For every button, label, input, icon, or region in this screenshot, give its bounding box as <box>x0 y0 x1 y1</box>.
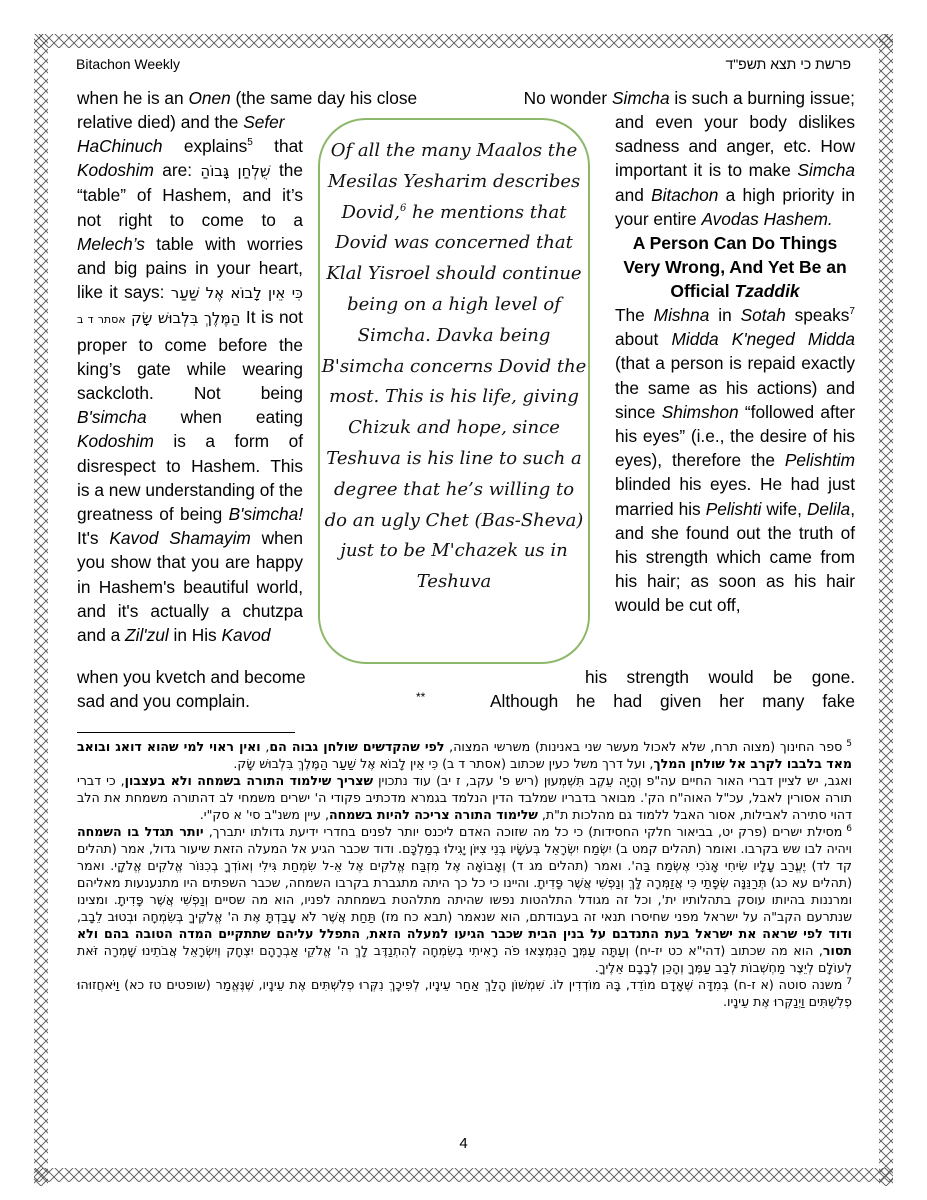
term-onen: Onen <box>188 88 230 108</box>
footnote-separator <box>77 732 295 733</box>
text: (the same day his close <box>231 88 417 108</box>
text: in His <box>169 625 222 645</box>
page-number: 4 <box>0 1135 927 1152</box>
decorative-border-left <box>34 34 48 1186</box>
text: that <box>253 136 303 156</box>
footnote-cont: ואגב, יש לציין דברי האור החיים עה"פ וְהָ… <box>77 772 852 823</box>
text: when he is an <box>77 88 188 108</box>
left-column-closing: when you kvetch and become sad and you c… <box>77 665 387 713</box>
term-melech: Melech’s <box>77 234 145 254</box>
footnote-ref-7[interactable]: 7 <box>849 306 855 317</box>
text: sad and you complain. <box>77 689 387 713</box>
footnote-number: 6 <box>846 824 852 834</box>
footnote-bold-text: שלימוד התורה צריכה להיות בשמחה <box>329 807 538 822</box>
text: explains <box>163 136 248 156</box>
term-mishna: Mishna <box>654 305 710 325</box>
page-header: Bitachon Weekly פרשת כי תצא תשפ"ד <box>76 56 851 78</box>
text: he mentions that Dovid was concerned tha… <box>322 202 587 593</box>
pull-quote-box: Of all the many Maalos the Mesilas Yesha… <box>318 118 590 664</box>
term-simcha: Simcha <box>797 160 855 180</box>
decorative-border-top <box>34 34 893 48</box>
text: Although he had given her many fake <box>490 689 855 713</box>
footnote-7: 7משנה סוטה (א ז-ח) בְּמִדָּה שֶׁאָדָם מו… <box>77 976 852 1010</box>
term-sotah: Sotah <box>741 305 786 325</box>
footnote-text: מסילת ישרים (פרק יט, בביאור חלקי החסידות… <box>204 824 843 839</box>
footnote-text: , הוא מה שכתוב (דהי"א כט יז-יח) וְעַתָּה… <box>77 943 852 975</box>
term-bsimcha: B'simcha <box>77 407 147 427</box>
footnote-text: , עיין משנ"ב סי' א סק"י. <box>200 807 329 822</box>
footnote-number: 5 <box>846 739 852 749</box>
term-kodoshim: Kodoshim <box>77 431 154 451</box>
text: speaks <box>786 305 850 325</box>
footnote-text: , ועל דרך משל כעין שכתוב (אסתר ד ב) כִּי… <box>233 756 653 771</box>
footnote-bold-text: יותר תגדל בו השמחה <box>77 824 204 839</box>
term-simcha: Simcha <box>612 88 670 108</box>
text: in <box>709 305 740 325</box>
term-sefer: Sefer <box>243 112 284 132</box>
term-midda-kneged-midda: Midda K'neged Midda <box>672 329 856 349</box>
text: The <box>615 305 654 325</box>
text: relative died) and the <box>77 112 243 132</box>
text: No wonder <box>524 88 612 108</box>
left-column-body: HaChinuch explains5 that Kodoshim are: ש… <box>77 134 303 647</box>
footnote-text: ויהיה לבו שש בקרבו. ואומר (תהלים קמט ב) … <box>77 841 852 924</box>
right-column-intro: No wonder Simcha is such a burning issue… <box>470 86 855 110</box>
text: about <box>615 329 672 349</box>
term-kodoshim: Kodoshim <box>77 160 154 180</box>
right-column-body: and even your body dislikes sadness and … <box>615 110 855 618</box>
text: when you kvetch and become <box>77 665 387 689</box>
section-separator: ** <box>416 690 425 704</box>
text: is such a burning issue; <box>670 88 855 108</box>
footnote-number: 7 <box>846 977 852 987</box>
pull-quote-text: Of all the many Maalos the Mesilas Yesha… <box>320 136 588 598</box>
text: wife, <box>761 499 807 519</box>
decorative-border-bottom <box>34 1168 893 1182</box>
term-kavod: Kavod <box>222 625 271 645</box>
term-bsimcha: B'simcha! <box>229 504 303 524</box>
text: It's <box>77 528 109 548</box>
term-shimshon: Shimshon <box>662 402 739 422</box>
footnote-text: משנה סוטה (א ז-ח) בְּמִדָּה שֶׁאָדָם מוֹ… <box>77 977 852 1009</box>
term-avodas-hashem: Avodas Hashem. <box>701 209 832 229</box>
text: his strength would be gone. <box>585 665 855 689</box>
footnote-5: 5ספר החינוך (מצוה תרח, שלא לאכול מעשר שנ… <box>77 738 852 772</box>
term-zilzul: Zil'zul <box>125 625 169 645</box>
term-kavod-shamayim: Kavod Shamayim <box>109 528 250 548</box>
footnote-bold-text: שצריך שילמוד התורה בשמחה ולא בעצבון <box>125 773 373 788</box>
hebrew-quote: שֻׁלְחַן גָּבוֹהַ <box>200 162 270 180</box>
term-bitachon: Bitachon <box>651 185 718 205</box>
text: are: <box>154 160 201 180</box>
footnote-bold-text: ודוד לפי שראה את ישראל בעת התנדבם על בני… <box>370 926 852 941</box>
section-heading: A Person Can Do Things Very Wrong, And Y… <box>615 231 855 303</box>
heading-term-tzaddik: Tzaddik <box>735 281 800 301</box>
footnotes: 5ספר החינוך (מצוה תרח, שלא לאכול מעשר שנ… <box>77 738 852 1010</box>
footnote-bold-text: לפי שהקדשים שולחן גבוה הם <box>269 739 444 754</box>
decorative-border-right <box>879 34 893 1186</box>
text: and <box>615 185 651 205</box>
term-pelishti: Pelishti <box>706 499 762 519</box>
footnote-text: ספר החינוך (מצוה תרח, שלא לאכול מעשר שני… <box>444 739 842 754</box>
term-hachinuch: HaChinuch <box>77 136 163 156</box>
footnote-6: 6מסילת ישרים (פרק יט, בביאור חלקי החסידו… <box>77 823 852 976</box>
text: when eating <box>147 407 303 427</box>
footnote-text: ואגב, יש לציין דברי האור החיים עה"פ וְהָ… <box>373 773 852 788</box>
parsha-title: פרשת כי תצא תשפ"ד <box>725 56 851 72</box>
hebrew-source: אסתר ד ב <box>77 313 126 326</box>
right-column-closing: his strength would be gone. Although he … <box>585 665 855 713</box>
newsletter-title: Bitachon Weekly <box>76 56 180 72</box>
term-delila: Delila <box>807 499 850 519</box>
term-pelishtim: Pelishtim <box>785 450 855 470</box>
footnote-text: , <box>360 926 369 941</box>
